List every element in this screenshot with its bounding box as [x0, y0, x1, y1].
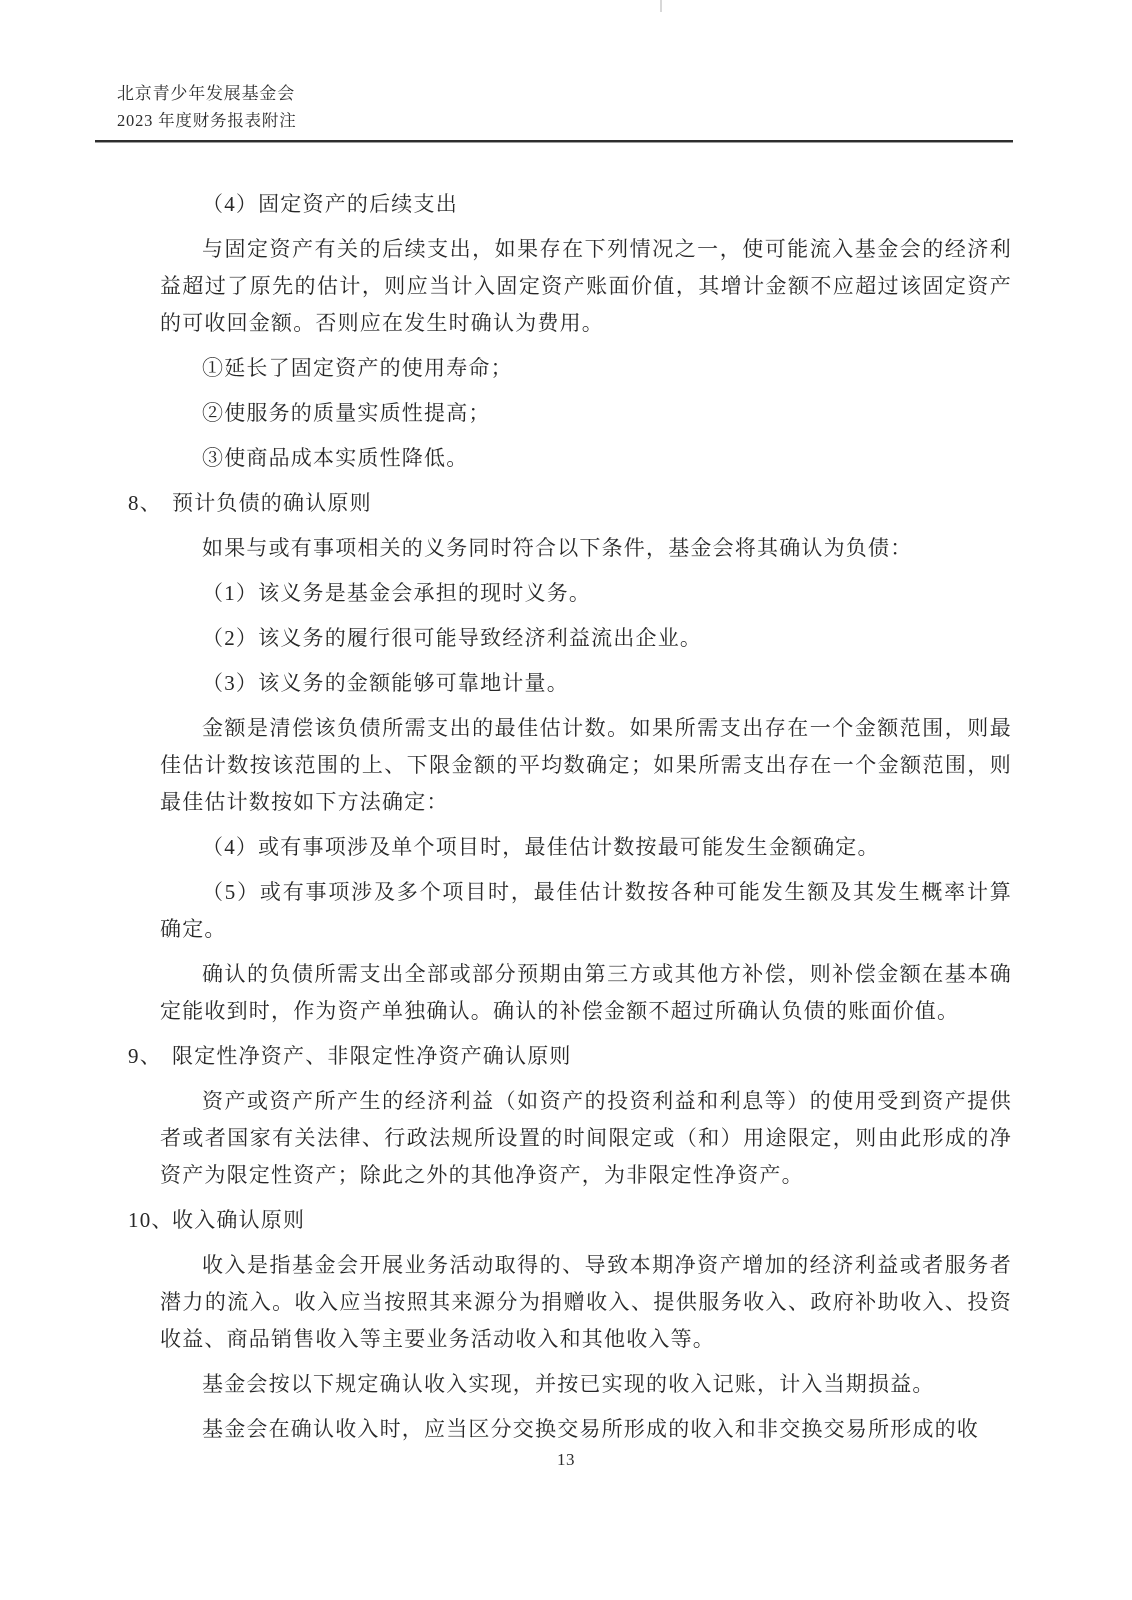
- numbered-section-heading: 9、 限定性净资产、非限定性净资产确认原则: [128, 1038, 1012, 1075]
- section-number: 9、: [128, 1038, 172, 1075]
- document-title: 2023 年度财务报表附注: [117, 107, 297, 134]
- paragraph: 资产或资产所产生的经济利益（如资产的投资利益和利息等）的使用受到资产提供者或者国…: [160, 1083, 1012, 1194]
- numbered-section-heading: 10、 收入确认原则: [128, 1202, 1012, 1239]
- header-rule: [95, 140, 1013, 142]
- section-sub-heading: （4）固定资产的后续支出: [160, 186, 1012, 223]
- section-title: 限定性净资产、非限定性净资产确认原则: [172, 1038, 1012, 1075]
- numbered-list-item: （3）该义务的金额能够可靠地计量。: [160, 665, 1012, 702]
- section-title: 预计负债的确认原则: [172, 485, 1012, 522]
- document-page: 北京青少年发展基金会 2023 年度财务报表附注 （4）固定资产的后续支出 与固…: [0, 0, 1132, 1600]
- numbered-list-item: （4）或有事项涉及单个项目时，最佳估计数按最可能发生金额确定。: [160, 829, 1012, 866]
- page-number: 13: [557, 1450, 575, 1469]
- section-number: 10、: [128, 1202, 172, 1239]
- section-number: 8、: [128, 485, 172, 522]
- paragraph: 基金会在确认收入时，应当区分交换交易所形成的收入和非交换交易所形成的收: [160, 1411, 1012, 1448]
- circled-list-item: ①延长了固定资产的使用寿命；: [160, 350, 1012, 387]
- numbered-list-item: （2）该义务的履行很可能导致经济利益流出企业。: [160, 620, 1012, 657]
- paragraph: 与固定资产有关的后续支出，如果存在下列情况之一，使可能流入基金会的经济利益超过了…: [160, 231, 1012, 342]
- paragraph: 收入是指基金会开展业务活动取得的、导致本期净资产增加的经济利益或者服务者潜力的流…: [160, 1247, 1012, 1358]
- paragraph: 金额是清偿该负债所需支出的最佳估计数。如果所需支出存在一个金额范围，则最佳估计数…: [160, 710, 1012, 821]
- paragraph: （5）或有事项涉及多个项目时，最佳估计数按各种可能发生额及其发生概率计算确定。: [160, 874, 1012, 948]
- circled-list-item: ②使服务的质量实质性提高；: [160, 395, 1012, 432]
- organization-name: 北京青少年发展基金会: [117, 80, 297, 107]
- paragraph: 确认的负债所需支出全部或部分预期由第三方或其他方补偿，则补偿金额在基本确定能收到…: [160, 956, 1012, 1030]
- paragraph: 如果与或有事项相关的义务同时符合以下条件，基金会将其确认为负债：: [160, 530, 1012, 567]
- scan-artifact: [660, 0, 662, 12]
- numbered-section-heading: 8、 预计负债的确认原则: [128, 485, 1012, 522]
- circled-list-item: ③使商品成本实质性降低。: [160, 440, 1012, 477]
- paragraph: 基金会按以下规定确认收入实现，并按已实现的收入记账，计入当期损益。: [160, 1366, 1012, 1403]
- document-body: （4）固定资产的后续支出 与固定资产有关的后续支出，如果存在下列情况之一，使可能…: [160, 186, 1012, 1456]
- section-title: 收入确认原则: [172, 1202, 1012, 1239]
- page-header: 北京青少年发展基金会 2023 年度财务报表附注: [117, 80, 297, 134]
- page-footer: 13: [0, 1450, 1132, 1470]
- numbered-list-item: （1）该义务是基金会承担的现时义务。: [160, 575, 1012, 612]
